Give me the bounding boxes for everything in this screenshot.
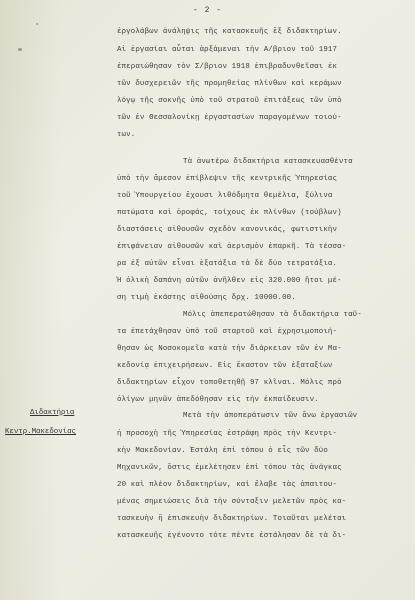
text-line: ὑπὸ τὴν ἄμεσον ἐπίβλεψιν τῆς κεντρικῆς Ὑ… [117,175,337,183]
page-number: - 2 - [0,6,415,15]
paper-speck [36,23,38,25]
margin-note-title: Διδακτήρια [30,409,74,417]
text-line: κατασκευῆς ἐγένοντο τότε πέντε ἐστάλησαν… [117,532,346,540]
text-line: ση τιμὴ ἑκάστης αἰθούσης δρχ. 10000.00. [117,294,296,302]
text-line: ρα ἐξ αὐτῶν εἶναι ἑξατάξια τὰ δὲ δύο τετ… [117,260,337,268]
text-line: ἐργολάβων ἀνάληψις τῆς κατασκευῆς ἕξ διδ… [117,28,342,36]
text-line: Αἱ ἐργασίαι αὗται ἀρξάμεναι τὴν Α/βριον … [117,46,337,54]
paper-speck [18,48,22,51]
text-line: τῶν ἐν Θεσσαλονίκῃ ἐργαστασίων παραγομέν… [117,114,342,122]
text-line: ἡ προσοχὴ τῆς Ὑπηρεσίας ἐστράφη πρὸς τὴν… [117,430,337,438]
text-line: 20 καὶ πλέον διδακτηρίων, καὶ ἔλαβε τὰς … [117,481,337,489]
text-line: των. [117,131,135,139]
text-line: τασκευὴν ἢ ἐπισκευὴν διδακτηρίων. Τοιαῦτ… [117,515,346,523]
text-line: Μηχανικῶν, ὅστις ἐμελέτησεν ἐπὶ τόπου τὰ… [117,464,342,472]
text-line: θησαν ὡς Νοσοκομεῖα κατὰ τὴν διάρκειαν τ… [117,345,342,353]
text-line: τοῦ Ὑπουργείου ἔχουσι λιθόδμητα θεμέλια,… [117,192,333,200]
text-line: ὀλίγων μηνῶν ἀπεδόθησαν εἰς τὴν ἐκπαίδευ… [117,396,319,404]
text-line: Τὰ ἀνωτέρω διδακτήρια κατασκευασθέντα [183,158,353,166]
text-line: κὴν Μακεδονίαν. Ἐστάλη ἐπὶ τόπου ὁ εἷς τ… [117,447,328,455]
text-line: ἐπεραιώθησαν τὸν Σ/βριον 1918 ἐπιβραδυνθ… [117,63,337,71]
text-line: Ἡ ὁλικὴ δαπάνη αὐτῶν ἀνῆλθεν εἰς 320.000… [117,277,342,285]
text-line: τῶν δυσχερειῶν τῆς προμηθείας πλίνθων κα… [117,80,342,88]
text-line: πατώματα καὶ ὀροφάς, τοίχους ἐκ πλίνθων … [117,209,342,217]
margin-note-subtitle: Κεντρ.Μακεδονίας [5,428,76,436]
text-line: διαστάσεις αἰθουσῶν σχεδὸν κανονικάς, φω… [117,226,337,234]
text-line: μένας σημειώσεις διὰ τὴν σύνταξιν μελετῶ… [117,498,346,506]
text-line: Μόλις ἀπεπερατώθησαν τὰ διδακτήρια ταῦ- [183,311,362,319]
document-page: - 2 - ἐργολάβων ἀνάληψις τῆς κατασκευῆς … [0,0,415,600]
text-line: λόγῳ τῆς σοκνῆς ὑπὸ τοῦ στρατοῦ ἐπιτάξεω… [117,97,342,105]
text-line: κεδονίᾳ ἐπιχειρήσεων. Εἰς ἕκαστον τῶν ἑξ… [117,362,333,370]
text-line: Μετὰ τὴν ἀποπεράτωσιν τῶν ἄνω ἐργασιῶν [183,412,357,420]
text-line: τα ἐπετάχθησαν ὑπὸ τοῦ σταρτοῦ καὶ ἐχρησ… [117,328,337,336]
text-line: διδακτηρίων εἶχον τοποθετηθῇ 97 κλῖναι. … [117,379,342,387]
text-line: ἐπιφάνειαν αἰθουσῶν καὶ ἀερισμὸν ἐπαρκῆ.… [117,243,346,251]
